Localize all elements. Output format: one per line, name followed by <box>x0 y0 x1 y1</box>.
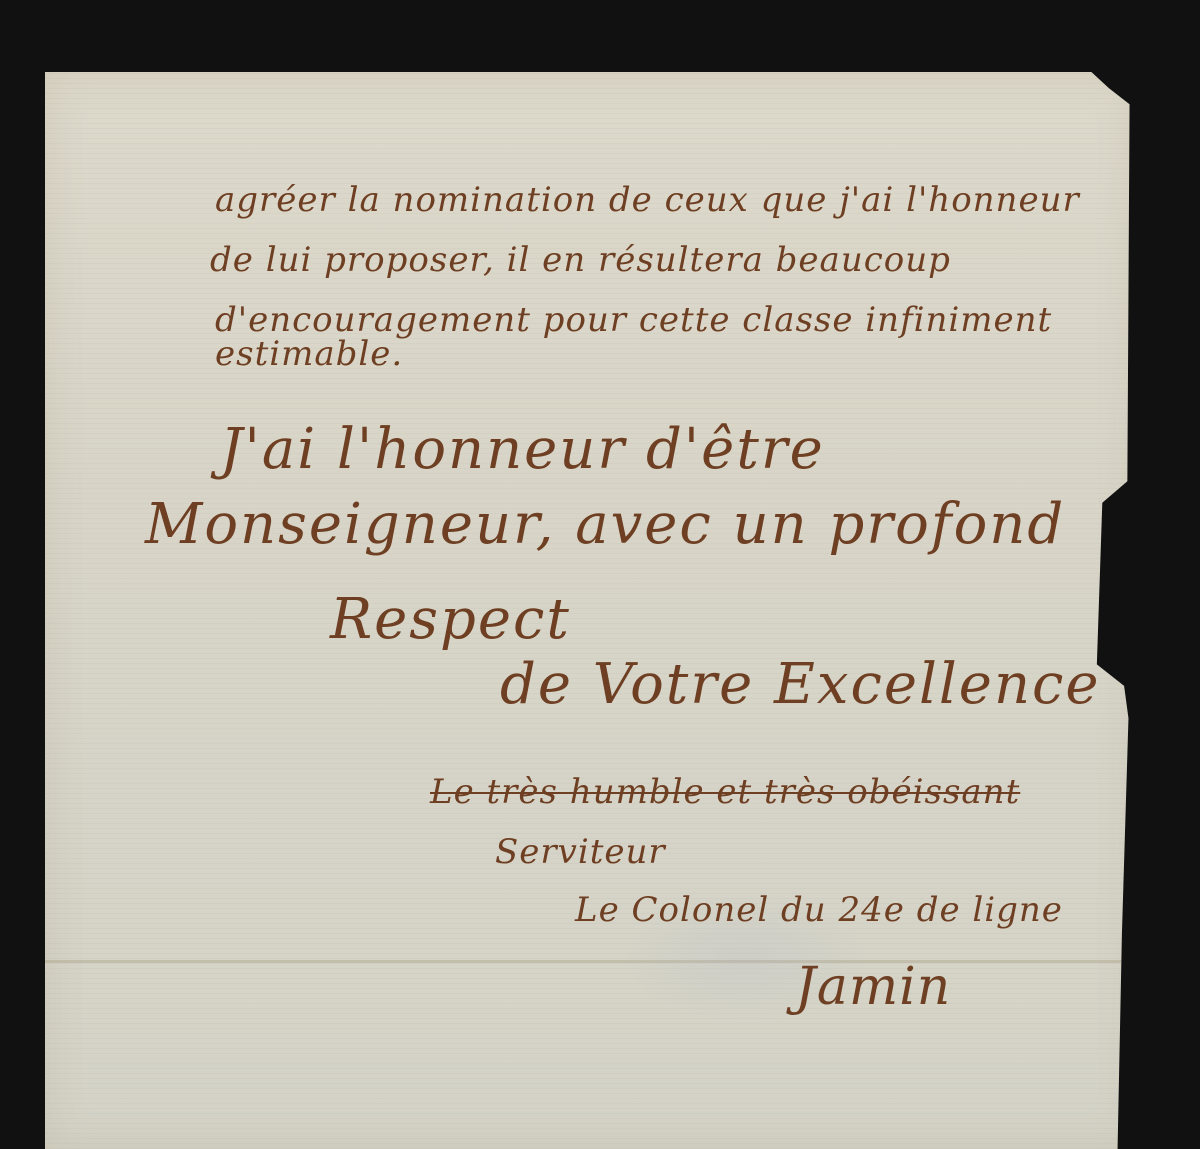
subscription-line-1: Le très humble et très obéissant <box>430 772 1020 812</box>
closing-line-4: de Votre Excellence <box>500 652 1101 717</box>
fold-crease <box>45 960 1135 963</box>
closing-line-3: Respect <box>330 587 571 652</box>
letter-page: agréer la nomination de ceux que j'ai l'… <box>45 72 1135 1149</box>
closing-line-2: Monseigneur, avec un profond <box>145 492 1065 557</box>
subscription-line-3: Le Colonel du 24e de ligne <box>575 890 1063 930</box>
signature: Jamin <box>795 957 951 1017</box>
subscription-line-2: Serviteur <box>495 832 666 872</box>
body-line-2: de lui proposer, il en résultera beaucou… <box>210 240 951 280</box>
body-line-1: agréer la nomination de ceux que j'ai l'… <box>215 180 1080 220</box>
closing-line-1: J'ai l'honneur d'être <box>220 417 825 482</box>
body-line-4: estimable. <box>215 334 403 374</box>
